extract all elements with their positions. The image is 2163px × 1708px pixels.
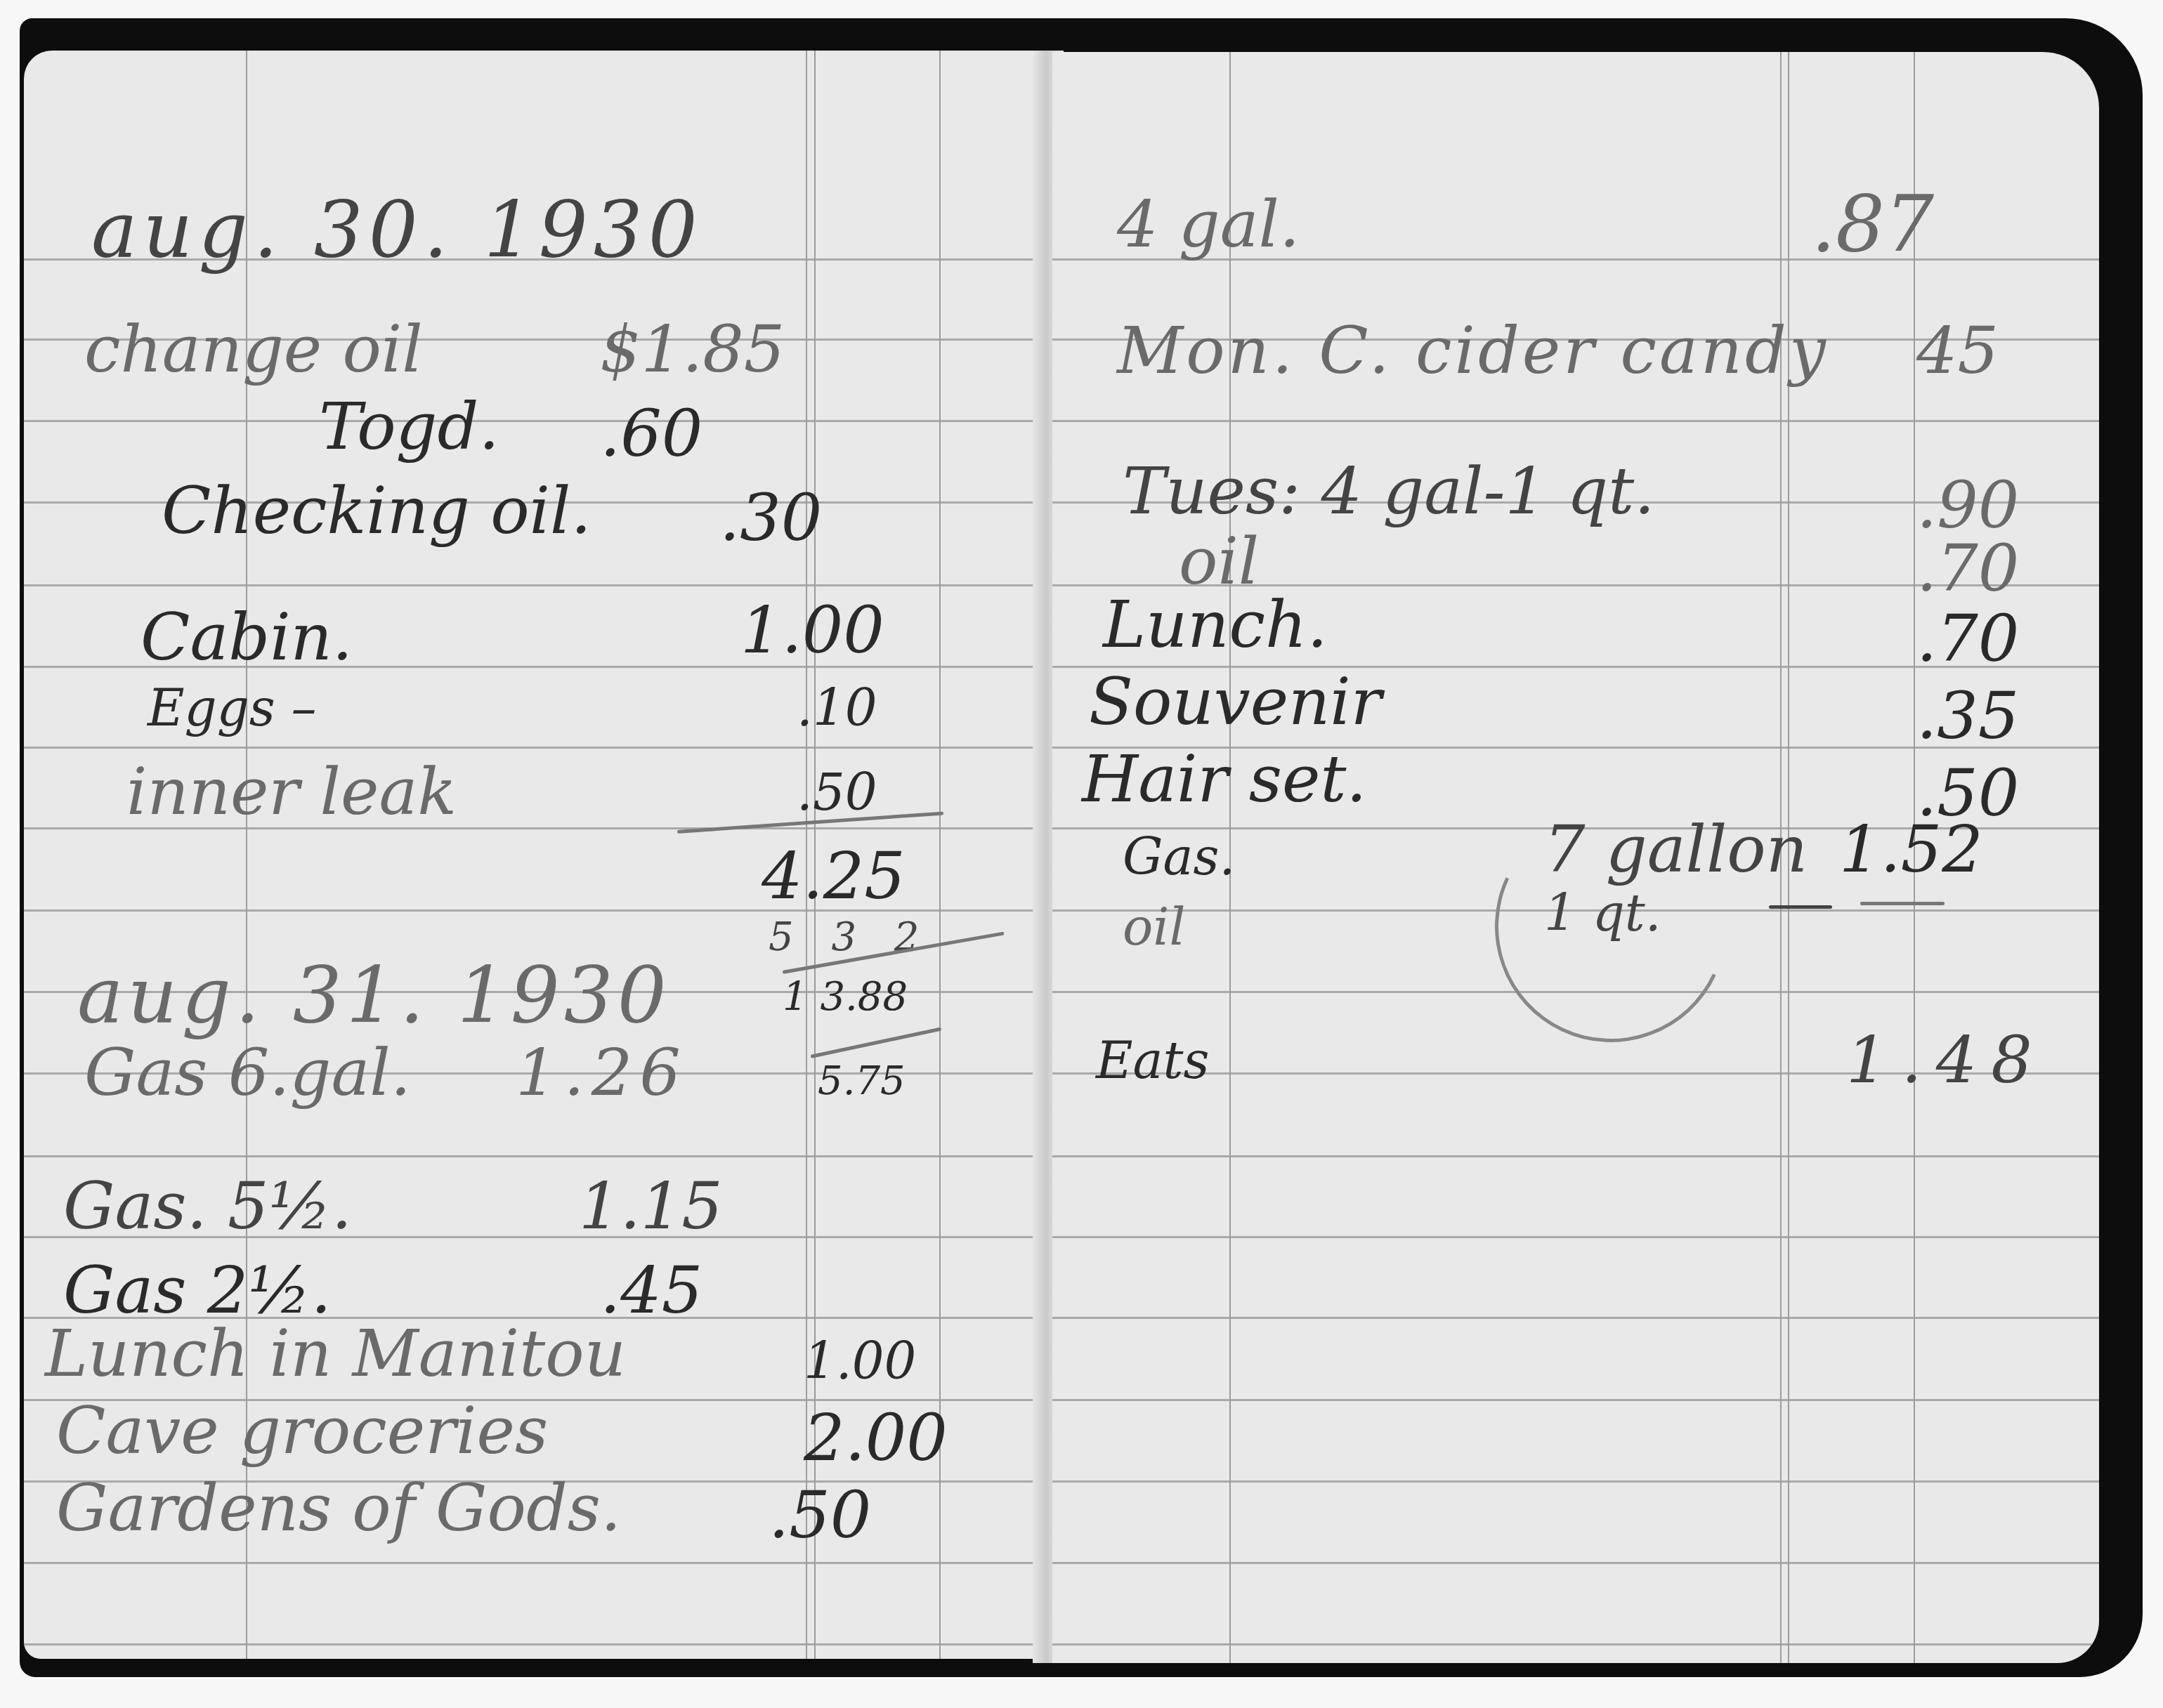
- entry-amount: 1.48: [1846, 1028, 2046, 1093]
- rule-line: [1052, 1236, 2099, 1238]
- rule-line: [24, 1643, 1041, 1645]
- entry-amount: .87: [1811, 185, 1934, 263]
- entry-label: Eggs –: [148, 683, 317, 733]
- entry-label: Hair set.: [1082, 747, 1367, 812]
- entry-amount: 1.52: [1839, 817, 1983, 882]
- rule-line: [1052, 420, 2099, 422]
- entry-date: aug. 31. 1930: [77, 957, 671, 1034]
- entry-amount: .45: [600, 1259, 703, 1323]
- rule-line: [24, 1562, 1041, 1564]
- entry-label: Eats: [1096, 1035, 1209, 1086]
- entry-label: Lunch in Manitou: [45, 1322, 626, 1386]
- entry-label: Mon. C. cider candy: [1117, 319, 1829, 383]
- entry-label: Togd.: [319, 395, 499, 459]
- entry-amount: .60: [600, 402, 703, 466]
- entry-amount: 1.00: [804, 1336, 916, 1386]
- rule-line: [1052, 1155, 2099, 1157]
- rule-line: [1052, 1643, 2099, 1645]
- entry-amount: 1.15: [579, 1174, 723, 1239]
- entry-label: Cave groceries: [56, 1399, 548, 1464]
- entry-amount: .10: [797, 683, 877, 733]
- calculation: 1 3.88: [783, 978, 908, 1017]
- entry-amount: .90: [1916, 473, 2019, 538]
- rule-line: [1052, 1399, 2099, 1401]
- entry-amount: .70: [1916, 537, 2019, 601]
- entry-amount: .50: [797, 767, 877, 817]
- entry-label: Cabin.: [141, 605, 353, 670]
- entry-label: Checking oil.: [162, 479, 592, 544]
- calc-underline: [810, 1027, 941, 1058]
- entry-label: Gas.: [1123, 832, 1235, 882]
- entry-label: Gas 2½.: [63, 1259, 332, 1323]
- entry-date: aug. 30. 1930: [91, 191, 703, 268]
- entry-amount: 1.26: [516, 1041, 688, 1105]
- entry-label: Gas 6.gal.: [84, 1041, 411, 1105]
- calculation-total: 5.75: [818, 1062, 906, 1101]
- entry-amount: 45: [1916, 319, 1999, 383]
- right-page: 4 gal. .87 Mon. C. cider candy 45 Tues: …: [1052, 52, 2099, 1663]
- entry-amount: .50: [769, 1483, 871, 1548]
- entry-label: Souvenir: [1089, 670, 1382, 735]
- entry-amount: 2.00: [804, 1406, 948, 1471]
- rule-line: [1052, 1317, 2099, 1319]
- rule-line: [24, 747, 1041, 749]
- entry-label: Gas. 5½.: [63, 1174, 352, 1239]
- entry-amount: .70: [1916, 607, 2019, 671]
- entry-amount: .30: [719, 486, 822, 551]
- rule-line: [24, 584, 1041, 586]
- rule-line: [1052, 1562, 2099, 1564]
- rule-line: [24, 1155, 1041, 1157]
- rule-line: [24, 420, 1041, 422]
- entry-label: change oil: [84, 317, 423, 382]
- dash-mark: [1769, 905, 1832, 909]
- entry-amount: .35: [1916, 684, 2019, 749]
- entry-amount: 1.00: [740, 598, 884, 663]
- entry-label: 4 gal.: [1117, 192, 1300, 257]
- entry-label: inner leak: [126, 760, 457, 825]
- subtotal: 4.25: [762, 844, 906, 909]
- entry-label: Tues: 4 gal-1 qt.: [1123, 459, 1654, 524]
- dash-mark: [1860, 902, 1945, 905]
- entry-label: Gardens of Gods.: [56, 1476, 621, 1541]
- entry-label: oil: [1123, 902, 1185, 952]
- entry-label: Lunch.: [1103, 593, 1328, 657]
- entry-label: oil: [1179, 530, 1259, 594]
- rule-line: [1052, 1480, 2099, 1483]
- left-page: aug. 30. 1930 change oil $1.85 Togd. .60…: [24, 51, 1041, 1659]
- entry-amount: $1.85: [600, 317, 785, 382]
